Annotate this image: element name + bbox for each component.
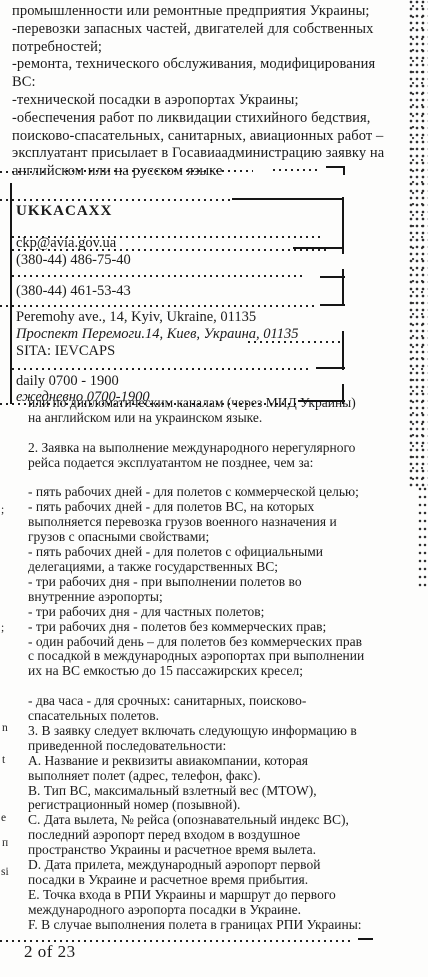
table-border [12,275,302,277]
table-border [316,367,345,369]
edge-fragment: si [1,866,9,878]
table-border [273,169,320,171]
scanned-document-page: промышленности или ремонтные предприятия… [0,0,428,977]
text-line [28,679,420,694]
table-border [12,368,312,370]
table-border [10,183,12,404]
text-line: - пять рабочих дней - для полетов с комм… [28,485,420,500]
edge-fragment: ; [1,622,4,634]
text-line: -обеспечения работ по ликвидации стихийн… [12,110,416,128]
fax-number: (380-44) 461-53-43 [16,283,131,300]
text-line: -ремонта, технического обслуживания, мод… [12,56,416,74]
text-line: -перевозки запасных частей, двигателей д… [12,21,416,39]
text-line: приведенной последовательности: [28,739,420,754]
text-line: - три рабочих дня - полетов без коммерче… [28,620,420,635]
text-line: 2. Заявка на выполнение международного н… [28,441,420,456]
office-hours-en: daily 0700 - 1900 [16,373,119,390]
edge-fragment: е [1,812,6,824]
table-border [343,166,345,175]
text-line: - три рабочих дня - при выполнении полет… [28,575,420,590]
edge-fragment: n [2,722,8,734]
text-line: - один рабочий день – для полетов без ко… [28,635,420,650]
text-line: C. Дата вылета, № рейса (опознавательный… [28,813,420,828]
text-line: внутренние аэропорты; [28,590,420,605]
paragraph-permit-purposes: промышленности или ремонтные предприятия… [12,3,416,181]
edge-fragment: t [2,754,5,766]
text-line: - пять рабочих дней - для полетов ВС, на… [28,500,420,515]
text-line: B. Тип ВС, максимальный взлетный вес (MT… [28,784,420,799]
text-line: поисково-спасательных, санитарных, авиац… [12,128,416,146]
paragraph-application-rules: или по дипломатическим каналам (через МИ… [28,396,420,933]
text-line: рейса подается эксплуатантом не позднее,… [28,456,420,471]
table-border [66,170,253,172]
afs-address: UKKACAXX [16,203,112,220]
table-border [320,304,345,306]
footer-separator-dash [358,938,373,940]
table-border [232,198,343,200]
table-border [342,197,344,254]
text-line: с посадкой в международных аэропортах пр… [28,649,420,664]
text-line: или по дипломатическим каналам (через МИ… [28,396,420,411]
email-address: ckp@avia.gov.ua [16,235,116,252]
text-line: - два часа - для срочных: санитарных, по… [28,694,420,709]
text-line: последний аэропорт перед входом в воздуш… [28,828,420,843]
text-line: на английском или на украинском языке. [28,411,420,426]
table-border [0,305,318,307]
text-line: A. Название и реквизиты авиакомпании, ко… [28,754,420,769]
text-line: выполняется перевозка грузов военного на… [28,515,420,530]
phone-number: (380-44) 486-75-40 [16,252,131,269]
edge-fragment: п [2,837,8,849]
table-border [0,171,45,173]
sita-address: SITA: IEVCAPS [16,343,115,360]
text-line: международного аэропорта посадки в Украи… [28,903,420,918]
text-line: потребностей; [12,39,416,57]
postal-address-ru: Проспект Перемоги.14, Киев, Украина, 011… [16,326,298,343]
text-line [28,471,420,486]
text-line: 3. В заявку следует включать следующую и… [28,724,420,739]
table-border [0,199,232,201]
text-line: E. Точка входа в РПИ Украины и маршрут д… [28,888,420,903]
text-line: промышленности или ремонтные предприятия… [12,3,416,21]
text-line: регистрационный номер (позывной). [28,798,420,813]
text-line: спасательных полетов. [28,709,420,724]
edge-fragment: ; [1,504,4,516]
text-line: - три рабочих дня - для частных полетов; [28,605,420,620]
text-line: эксплуатант присылает в Госавиаадминистр… [12,145,416,163]
text-line: их на ВС емкостью до 15 пассажирских кре… [28,664,420,679]
text-line: посадки в Украине и расчетное время приб… [28,873,420,888]
page-number: 2 of 23 [24,942,76,962]
text-line: F. В случае выполнения полета в границах… [28,918,420,933]
text-line: D. Дата прилета, международный аэропорт … [28,858,420,873]
text-line: - пять рабочих дней - для полетов с офиц… [28,545,420,560]
text-line: грузов с опасными свойствами; [28,530,420,545]
postal-address-en: Peremohy ave., 14, Kyiv, Ukraine, 01135 [16,309,256,326]
text-line: делегациями, а также государственных ВС; [28,560,420,575]
text-line: выполняет полет (адрес, телефон, факс). [28,769,420,784]
table-border [293,247,343,249]
text-line: английском или на русском языке [12,163,416,181]
table-border [342,269,344,306]
text-line [28,426,420,441]
table-border [342,331,344,370]
text-line: -технической посадки в аэропортах Украин… [12,92,416,110]
text-line: ВС: [12,74,416,92]
text-line: пространство Украины и расчетное время в… [28,843,420,858]
